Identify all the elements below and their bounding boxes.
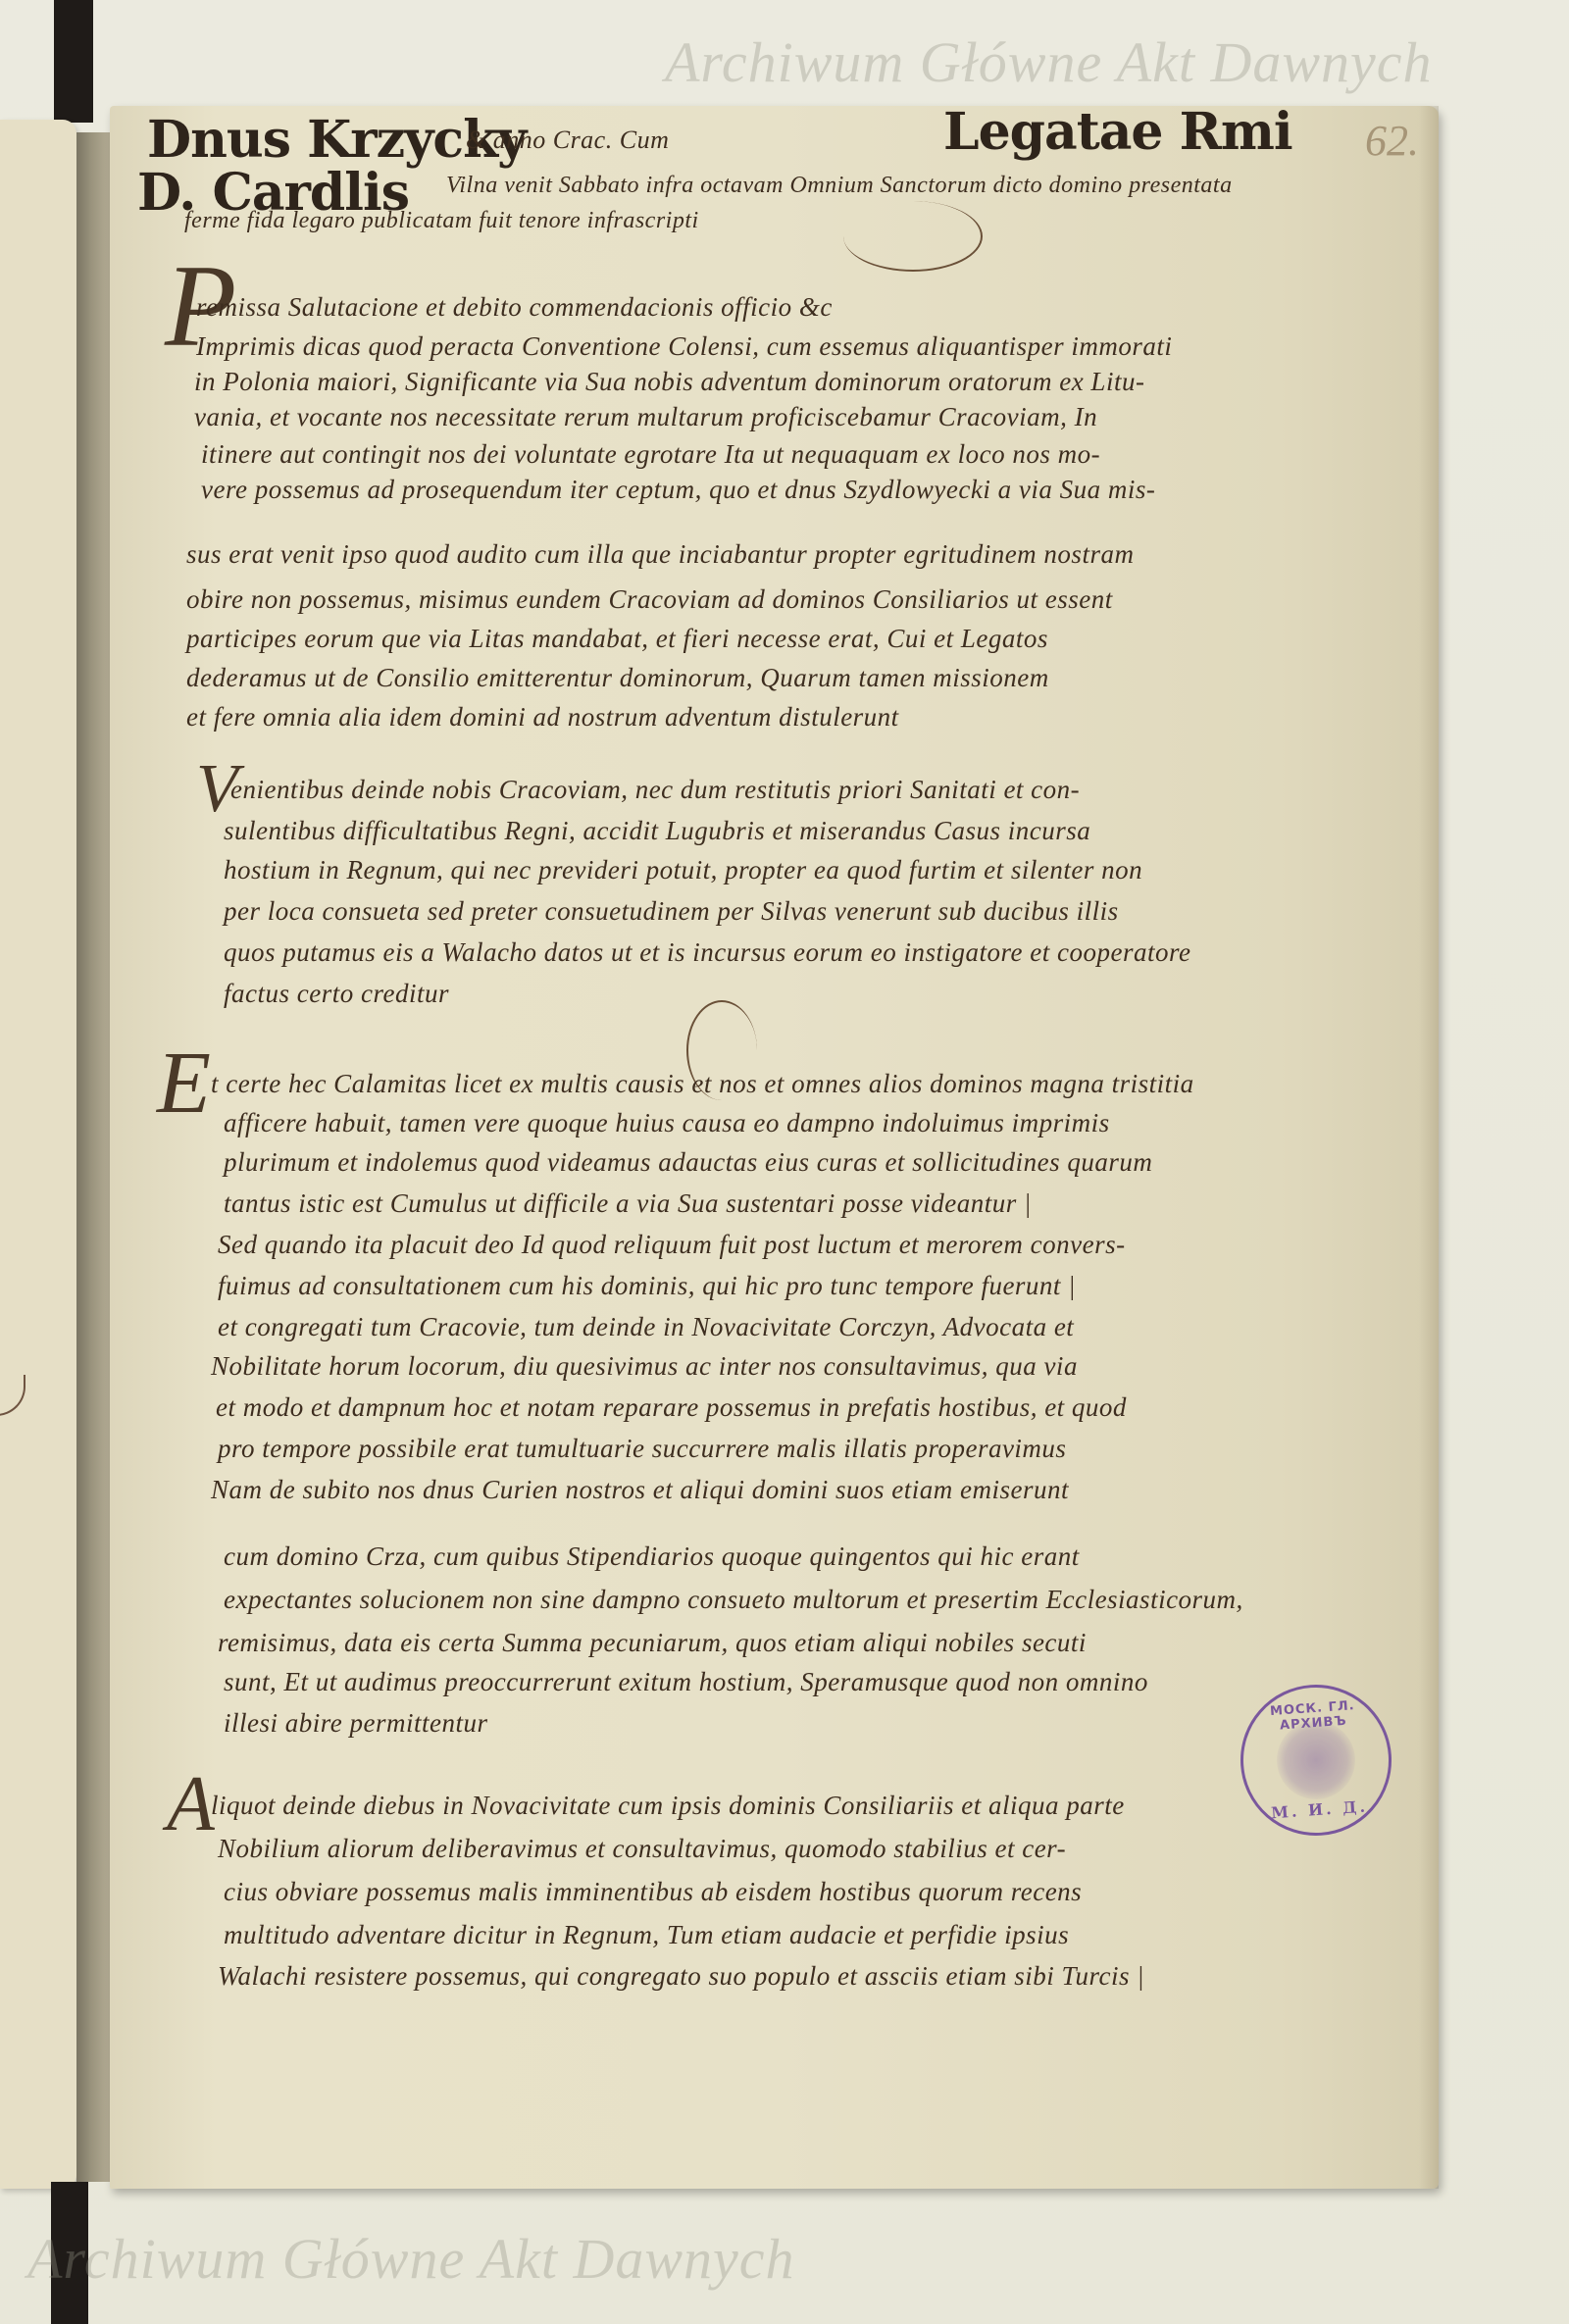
heading-subline: Vilna venit Sabbato infra octavam Omnium… bbox=[446, 173, 1233, 199]
text-line: et congregati tum Cracovie, tum deinde i… bbox=[218, 1312, 1074, 1342]
text-line: sulentibus difficultatibus Regni, accidi… bbox=[224, 816, 1090, 846]
text-line: remisimus, data eis certa Summa pecuniar… bbox=[218, 1628, 1087, 1658]
text-line: quos putamus eis a Walacho datos ut et i… bbox=[224, 937, 1190, 968]
text-line: cum domino Crza, cum quibus Stipendiario… bbox=[224, 1541, 1080, 1572]
text-line: itinere aut contingit nos dei voluntate … bbox=[201, 439, 1100, 470]
text-line: in Polonia maiori, Significante via Sua … bbox=[194, 367, 1144, 397]
text-line: participes eorum que via Litas mandabat,… bbox=[186, 624, 1048, 654]
text-line: enientibus deinde nobis Cracoviam, nec d… bbox=[230, 775, 1080, 805]
text-line: Nobilium aliorum deliberavimus et consul… bbox=[218, 1834, 1066, 1864]
heading-title: Legatae Rmi bbox=[943, 102, 1292, 162]
book-gutter bbox=[76, 132, 110, 2182]
text-line: tantus istic est Cumulus ut difficile a … bbox=[224, 1188, 1032, 1219]
folio-number: 62. bbox=[1365, 116, 1419, 166]
text-line: liquot deinde diebus in Novacivitate cum… bbox=[211, 1791, 1125, 1821]
text-line: Imprimis dicas quod peracta Conventione … bbox=[196, 331, 1172, 362]
text-line: sus erat venit ipso quod audito cum illa… bbox=[186, 539, 1134, 570]
text-line: vere possemus ad prosequendum iter ceptu… bbox=[201, 475, 1155, 505]
text-line: remissa Salutacione et debito commendaci… bbox=[196, 292, 833, 323]
text-line: Nobilitate horum locorum, diu quesivimus… bbox=[211, 1351, 1078, 1382]
heading-subline-2: ferme fida legaro publicatam fuit tenore… bbox=[184, 208, 699, 234]
initial-letter: A bbox=[167, 1765, 215, 1844]
text-line: pro tempore possibile erat tumultuarie s… bbox=[218, 1434, 1066, 1464]
text-line: obire non possemus, misimus eundem Craco… bbox=[186, 584, 1113, 615]
text-line: cius obviare possemus malis imminentibus… bbox=[224, 1877, 1082, 1907]
watermark-top: Archiwum Główne Akt Dawnych bbox=[665, 29, 1433, 95]
ink-mark bbox=[0, 1375, 25, 1416]
page-edge-shadow bbox=[1419, 106, 1439, 2189]
text-line: afficere habuit, tamen vere quoque huius… bbox=[224, 1108, 1110, 1138]
text-line: et modo et dampnum hoc et notam reparare… bbox=[216, 1392, 1127, 1423]
text-line: expectantes solucionem non sine dampno c… bbox=[224, 1585, 1243, 1615]
text-line: plurimum et indolemus quod videamus adau… bbox=[224, 1147, 1152, 1178]
text-line: multitudo adventare dicitur in Regnum, T… bbox=[224, 1920, 1069, 1950]
text-line: hostium in Regnum, qui nec previderi pot… bbox=[224, 855, 1142, 885]
text-line: Nam de subito nos dnus Curien nostros et… bbox=[211, 1475, 1069, 1505]
text-line: Sed quando ita placuit deo Id quod reliq… bbox=[218, 1230, 1126, 1260]
text-line: t certe hec Calamitas licet ex multis ca… bbox=[211, 1069, 1194, 1099]
text-line: vania, et vocante nos necessitate rerum … bbox=[194, 402, 1097, 432]
text-line: et fere omnia alia idem domini ad nostru… bbox=[186, 702, 899, 733]
text-line: factus certo creditur bbox=[224, 979, 449, 1009]
text-line: dederamus ut de Consilio emitterentur do… bbox=[186, 663, 1049, 693]
left-page-edge bbox=[0, 120, 76, 2189]
watermark-bottom: Archiwum Główne Akt Dawnych bbox=[27, 2226, 795, 2292]
initial-letter: E bbox=[157, 1039, 211, 1128]
heading-annotation: & anno Crac. Cum bbox=[466, 126, 669, 155]
flourish-ornament bbox=[843, 201, 983, 272]
binding-strap-top bbox=[54, 0, 93, 123]
text-line: illesi abire permittentur bbox=[224, 1708, 487, 1739]
text-line: sunt, Et ut audimus preoccurrerunt exitu… bbox=[224, 1667, 1148, 1697]
text-line: per loca consueta sed preter consuetudin… bbox=[224, 896, 1119, 927]
text-line: fuimus ad consultationem cum his dominis… bbox=[218, 1271, 1076, 1301]
text-line: Walachi resistere possemus, qui congrega… bbox=[218, 1961, 1144, 1992]
